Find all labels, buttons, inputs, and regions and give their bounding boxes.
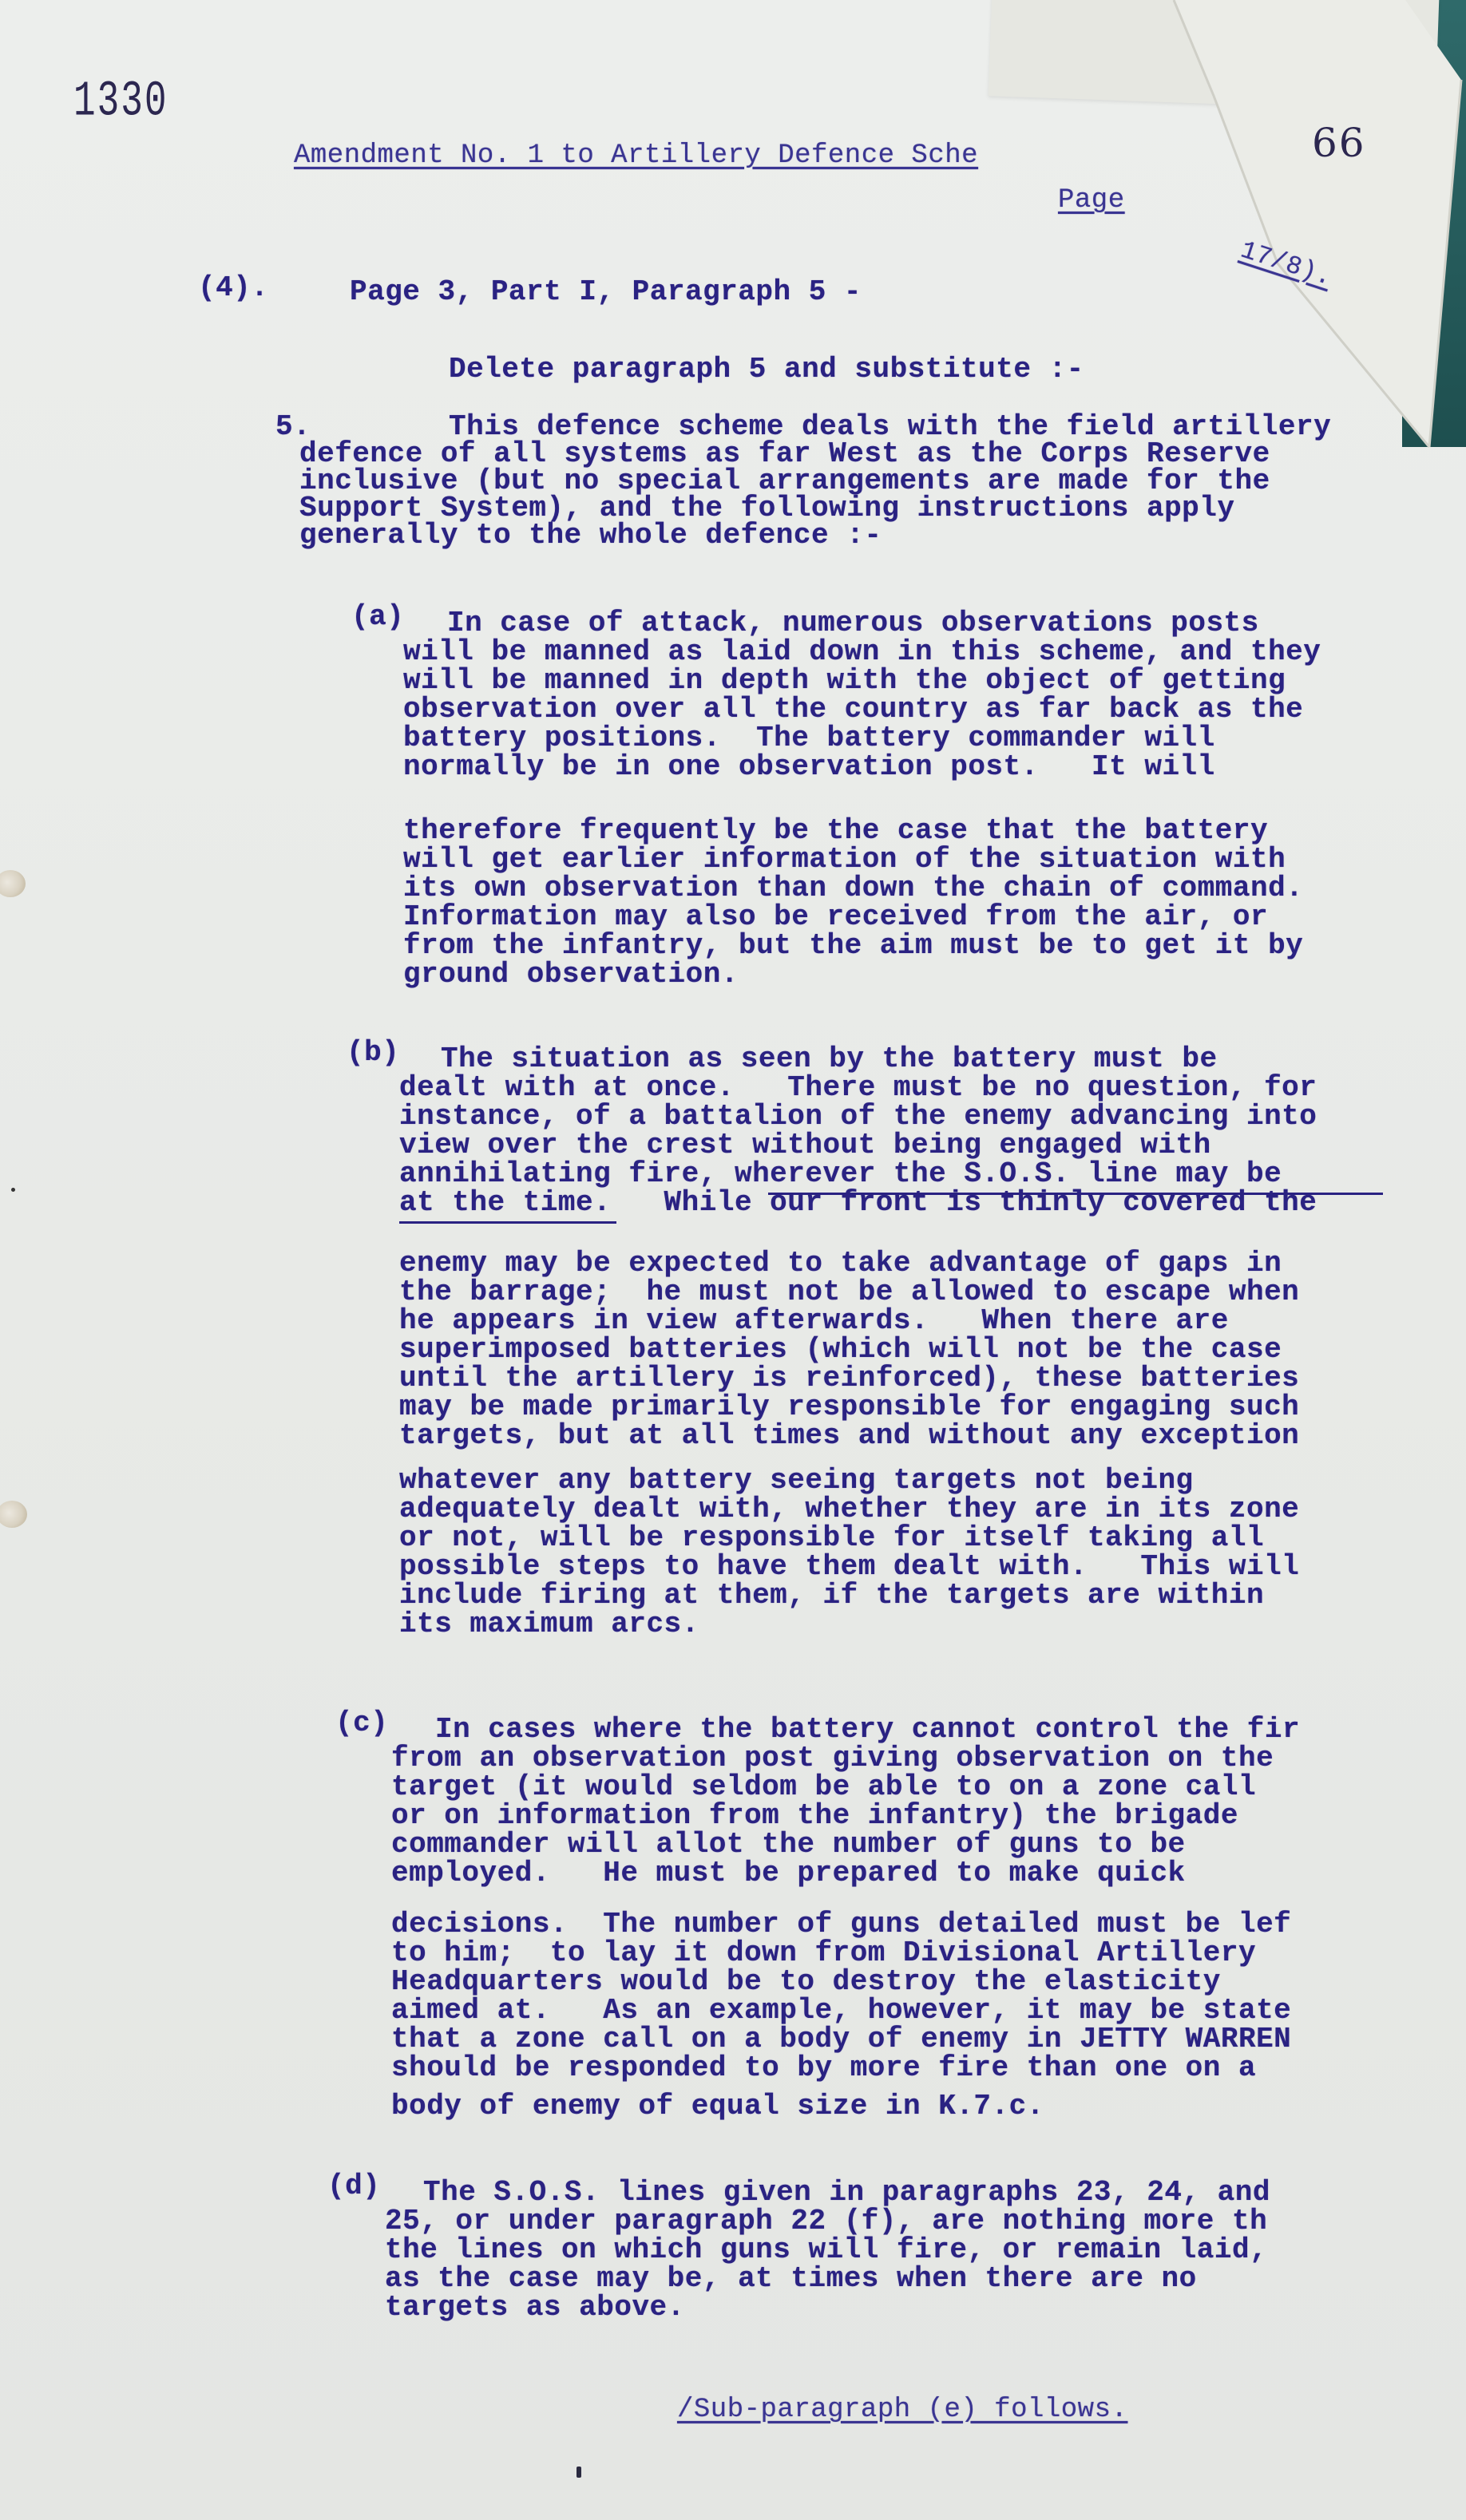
subparagraph-line: observation over all the country as far …: [403, 693, 1303, 726]
subparagraph-line: from the infantry, but the aim must be t…: [403, 929, 1303, 962]
ink-speck: [11, 1188, 15, 1192]
subparagraph-line: that a zone call on a body of enemy in J…: [391, 2023, 1291, 2055]
subparagraph-line: therefore frequently be the case that th…: [403, 814, 1268, 847]
subparagraph-line: from an observation post giving observat…: [391, 1742, 1274, 1774]
subparagraph-line: view over the crest without being engage…: [399, 1129, 1211, 1161]
archive-number: 1330: [73, 73, 168, 129]
folio-number: 66: [1312, 120, 1366, 166]
continuation-note: /Sub-paragraph (e) follows.: [677, 2395, 1127, 2425]
item-number: (4).: [198, 271, 268, 304]
subparagraph-line: its maximum arcs.: [399, 1608, 699, 1640]
subparagraph-label: (c): [335, 1707, 388, 1739]
subparagraph-line: to him; to lay it down from Divisional A…: [391, 1936, 1256, 1969]
ink-speck: [576, 2467, 581, 2478]
subparagraph-label: (d): [327, 2170, 380, 2202]
subparagraph-line: annihilating fire, wherever the S.O.S. l…: [399, 1157, 1282, 1190]
subparagraph-line: its own observation than down the chain …: [403, 872, 1303, 904]
subparagraph-line: will be manned in depth with the object …: [403, 664, 1286, 697]
subparagraph-line: normally be in one observation post. It …: [403, 750, 1215, 783]
subparagraph-line: Headquarters would be to destroy the ela…: [391, 1965, 1221, 1998]
punch-hole-upper: [0, 870, 26, 897]
subparagraph-line: may be made primarily responsible for en…: [399, 1391, 1299, 1423]
subparagraph-line: The situation as seen by the battery mus…: [441, 1042, 1218, 1075]
subparagraph-line: will be manned as laid down in this sche…: [403, 635, 1321, 668]
subparagraph-line: In cases where the battery cannot contro…: [435, 1713, 1300, 1746]
subparagraph-line: as the case may be, at times when there …: [385, 2262, 1197, 2295]
subparagraph-line: employed. He must be prepared to make qu…: [391, 1857, 1186, 1889]
subparagraph-line: In case of attack, numerous observations…: [447, 607, 1259, 639]
subparagraph-line: ground observation.: [403, 958, 739, 991]
subparagraph-line: aimed at. As an example, however, it may…: [391, 1994, 1291, 2027]
subparagraph-line: enemy may be expected to take advantage …: [399, 1247, 1282, 1280]
subparagraph-line: decisions. The number of guns detailed m…: [391, 1908, 1291, 1940]
document-page: 1330 66 Amendment No. 1 to Artillery Def…: [0, 0, 1466, 2520]
subparagraph-line: will get earlier information of the situ…: [403, 843, 1286, 876]
subparagraph-line: 25, or under paragraph 22 (f), are nothi…: [385, 2205, 1267, 2237]
subparagraph-line: The S.O.S. lines given in paragraphs 23,…: [423, 2176, 1270, 2209]
subparagraph-line: include firing at them, if the targets a…: [399, 1579, 1264, 1612]
underline-sos-line: [768, 1193, 1383, 1195]
subparagraph-line: or on information from the infantry) the…: [391, 1799, 1238, 1832]
instruction-line: Delete paragraph 5 and substitute :-: [449, 353, 1084, 386]
subparagraph-line: targets as above.: [385, 2291, 685, 2324]
title-ref-number: 17/8).: [1237, 235, 1336, 293]
subparagraph-line: Information may also be received from th…: [403, 900, 1268, 933]
title-page-ref: Page: [1058, 185, 1125, 216]
subparagraph-line: targets, but at all times and without an…: [399, 1419, 1299, 1452]
subparagraph-line: whatever any battery seeing targets not …: [399, 1464, 1194, 1497]
punch-hole-lower: [0, 1501, 27, 1528]
subparagraph-label: (b): [347, 1036, 399, 1069]
underline-sos-line-2: [399, 1221, 616, 1224]
subparagraph-label: (a): [351, 600, 404, 633]
subparagraph-line: battery positions. The battery commander…: [403, 722, 1215, 754]
subparagraph-line: should be responded to by more fire than…: [391, 2051, 1256, 2084]
subparagraph-line: or not, will be responsible for itself t…: [399, 1521, 1264, 1554]
subparagraph-line: superimposed batteries (which will not b…: [399, 1333, 1282, 1366]
subparagraph-line: at the time. While our front is thinly c…: [399, 1186, 1317, 1219]
subparagraph-line: adequately dealt with, whether they are …: [399, 1493, 1299, 1525]
subparagraph-line: commander will allot the number of guns …: [391, 1828, 1186, 1861]
item-heading: Page 3, Part I, Paragraph 5 -: [350, 275, 862, 308]
back-sheet: [989, 0, 1440, 112]
subparagraph-line: body of enemy of equal size in K.7.c.: [391, 2090, 1044, 2122]
document-title: Amendment No. 1 to Artillery Defence Sch…: [294, 140, 978, 171]
subparagraph-line: instance, of a battalion of the enemy ad…: [399, 1100, 1317, 1133]
subparagraph-line: until the artillery is reinforced), thes…: [399, 1362, 1299, 1395]
subparagraph-line: target (it would seldom be able to on a …: [391, 1770, 1256, 1803]
subparagraph-line: the lines on which guns will fire, or re…: [385, 2233, 1267, 2266]
paragraph-line: generally to the whole defence :-: [299, 519, 882, 552]
subparagraph-line: possible steps to have them dealt with. …: [399, 1550, 1299, 1583]
subparagraph-line: dealt with at once. There must be no que…: [399, 1071, 1317, 1104]
subparagraph-line: he appears in view afterwards. When ther…: [399, 1304, 1229, 1337]
subparagraph-line: the barrage; he must not be allowed to e…: [399, 1276, 1299, 1308]
